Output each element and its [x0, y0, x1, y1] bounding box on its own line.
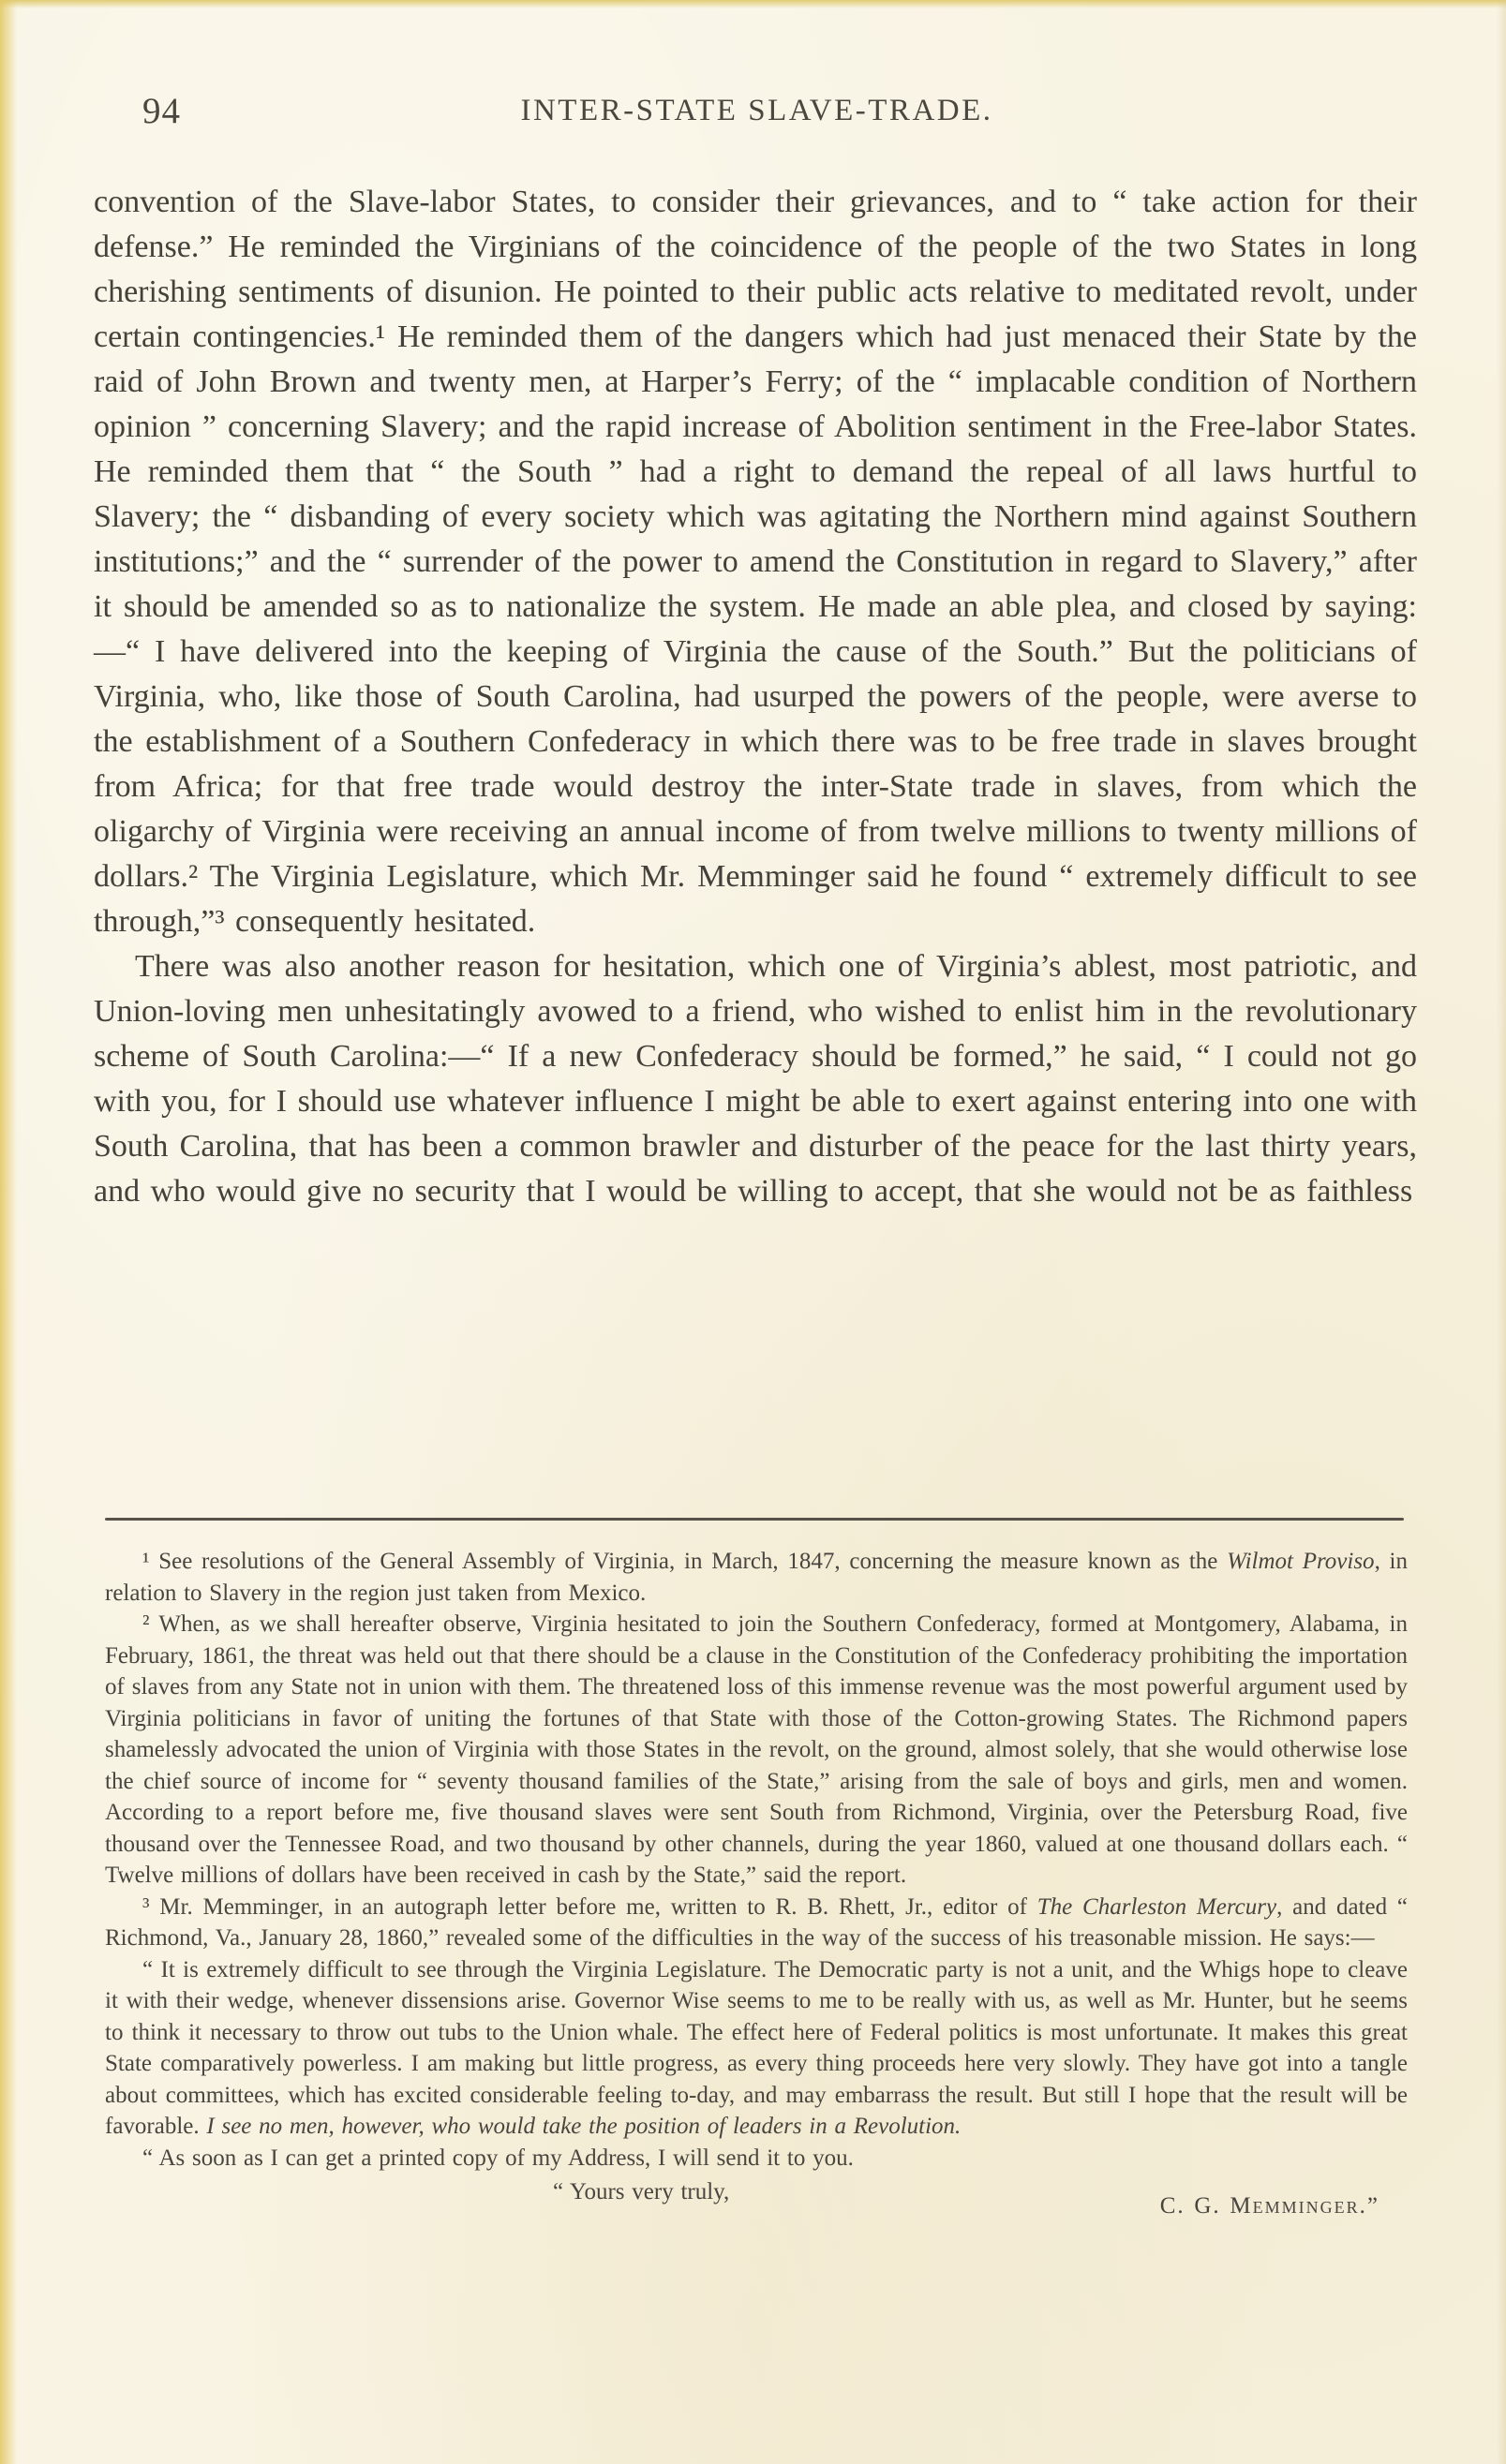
footnotes: ¹ See resolutions of the General Assembl… — [105, 1546, 1408, 2241]
letter-closing: “ Yours very truly, — [553, 2176, 729, 2208]
letter-body-text: “ It is extremely difficult to see throu… — [105, 1957, 1408, 2140]
letter-signature: C. G. Memminger.” — [1160, 2190, 1379, 2222]
body-paragraph-2: There was also another reason for hesita… — [94, 944, 1417, 1214]
running-title: INTER-STATE SLAVE-TRADE. — [94, 94, 1420, 128]
letter-closing-row: “ Yours very truly, C. G. Memminger.” — [105, 2174, 1408, 2241]
footnote-3-italic: The Charleston Mercury — [1037, 1894, 1276, 1920]
body-text: convention of the Slave-labor States, to… — [94, 180, 1417, 1214]
footnote-3-text: ³ Mr. Memminger, in an autograph letter … — [142, 1894, 1037, 1920]
page-edge-left — [0, 0, 17, 2464]
footnote-2: ² When, as we shall hereafter observe, V… — [105, 1609, 1408, 1892]
footnote-1-italic: Wilmot Proviso — [1227, 1549, 1374, 1574]
body-paragraph-1: convention of the Slave-labor States, to… — [94, 180, 1417, 944]
footnote-1: ¹ See resolutions of the General Assembl… — [105, 1546, 1408, 1609]
letter-body-italic: I see no men, however, who would take th… — [206, 2114, 961, 2139]
book-page: 94 INTER-STATE SLAVE-TRADE. convention o… — [0, 0, 1506, 2464]
page-edge-top — [0, 0, 1506, 8]
page-header: 94 INTER-STATE SLAVE-TRADE. — [94, 90, 1420, 141]
footnote-rule — [105, 1518, 1404, 1521]
page-edge-right — [1497, 0, 1506, 2464]
letter-postscript: “ As soon as I can get a printed copy of… — [105, 2143, 1408, 2175]
footnote-1-text: ¹ See resolutions of the General Assembl… — [142, 1549, 1227, 1574]
footnote-3: ³ Mr. Memminger, in an autograph letter … — [105, 1892, 1408, 1954]
letter-body: “ It is extremely difficult to see throu… — [105, 1954, 1408, 2143]
